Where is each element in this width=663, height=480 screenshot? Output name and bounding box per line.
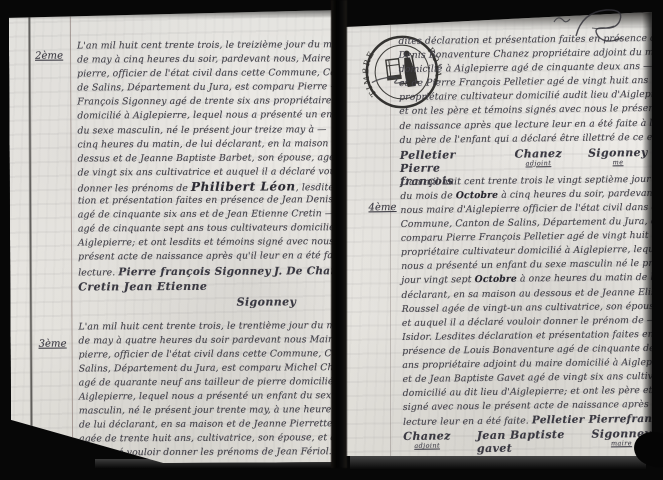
text-line: agé de cinquante six ans et de Jean Etie…: [78, 207, 336, 222]
text-line: agée de trente huit ans, cultivatrice, s…: [79, 431, 337, 446]
fold-seam: [28, 12, 33, 464]
act-number-label: 4ème: [368, 202, 396, 213]
signature: Chanezadjoint: [514, 147, 562, 163]
text-line: de may à cinq heures du soir, pardevant …: [77, 52, 335, 67]
text-line: donner les prénoms de Philibert Léon, le…: [78, 179, 336, 194]
text-line: cinq heures du matin, de lui déclarant, …: [77, 137, 335, 152]
text-line: agé de cinquante sept ans tous cultivate…: [78, 221, 336, 236]
signature: Sigonney: [237, 295, 297, 310]
registry-act: dites déclaration et présentation faites…: [398, 32, 648, 164]
text-line: L'an mil huit cent trente trois, le tren…: [78, 319, 336, 334]
text-line: de lui déclarant, en sa maison et de Jea…: [79, 417, 337, 432]
corner-flourish-icon: [552, 6, 638, 50]
text-line: Salins, Département du Jura, est comparu…: [79, 361, 337, 376]
text-line: Aiglepierre, lequel nous a présenté un e…: [79, 389, 337, 404]
signature: Jean Baptiste gavet: [477, 428, 566, 444]
signature-row: Pelletier Pierre françoisChanezadjointSi…: [400, 146, 648, 164]
text-line: domicilié à Aiglepierre, lequel nous a p…: [77, 109, 335, 124]
act-number-label: 2ème: [35, 51, 63, 62]
text-line: Aiglepierre; et ont lesdits et témoins s…: [78, 235, 336, 250]
text-line: de vingt six ans cultivatrice et auquel …: [78, 165, 336, 180]
signature: Pelletier Pierre françois: [400, 148, 489, 164]
text-line: de Salins, Département du Jura, est comp…: [77, 80, 335, 95]
text-line: L'an mil huit cent trente trois, le trei…: [77, 38, 335, 53]
text-line: du sexe masculin, né le présent jour tre…: [77, 123, 335, 138]
text-line: tion et présentation faites en présence …: [78, 193, 336, 208]
registry-act: 4èmeL'an mil huit cent trente trois le v…: [400, 173, 651, 446]
text-line: lecture. Pierre françois Sigonney J. De …: [78, 264, 336, 279]
register-page-right: TIMBRE ROYAL dites déclaration et présen…: [345, 7, 652, 456]
text-block: dites déclaration et présentation faites…: [398, 4, 651, 445]
signature: Cretin Jean Etienne: [78, 279, 207, 295]
book-spine: [331, 0, 347, 468]
signature: Chanezadjoint: [403, 430, 451, 446]
margin-rule: [70, 12, 73, 464]
text-line: pierre, officier de l'état civil dans ce…: [77, 66, 335, 81]
register-page-left: 2èmeL'an mil huit cent trente trois, le …: [9, 10, 334, 464]
text-line: dessus et de Jeanne Baptiste Barbet, son…: [78, 151, 336, 166]
signature-row: ChanezadjointJean Baptiste gavetSigonney…: [403, 427, 651, 445]
text-line: agé de quarante neuf ans tailleur de pie…: [79, 375, 337, 390]
text-line: présent acte de naissance après qu'il le…: [78, 250, 336, 265]
signature-row: Cretin Jean Etienne: [78, 279, 336, 295]
act-number-label: 3ème: [39, 338, 67, 349]
registry-act: 3èmeL'an mil huit cent trente trois, le …: [78, 319, 337, 461]
text-line: pierre, officier de l'état civil dans ce…: [79, 347, 337, 362]
text-block: 2èmeL'an mil huit cent trente trois, le …: [77, 10, 337, 461]
signature: Sigonneyme: [588, 146, 648, 162]
registry-act: 2èmeL'an mil huit cent trente trois, le …: [77, 38, 336, 311]
signature-row: Sigonney: [78, 295, 336, 311]
text-line: masculin, né le présent jour trente may,…: [79, 403, 337, 418]
text-line: François Sigonney agé de trente six ans …: [77, 95, 335, 110]
text-line: de may à quatre heures du soir pardevant…: [79, 333, 337, 348]
